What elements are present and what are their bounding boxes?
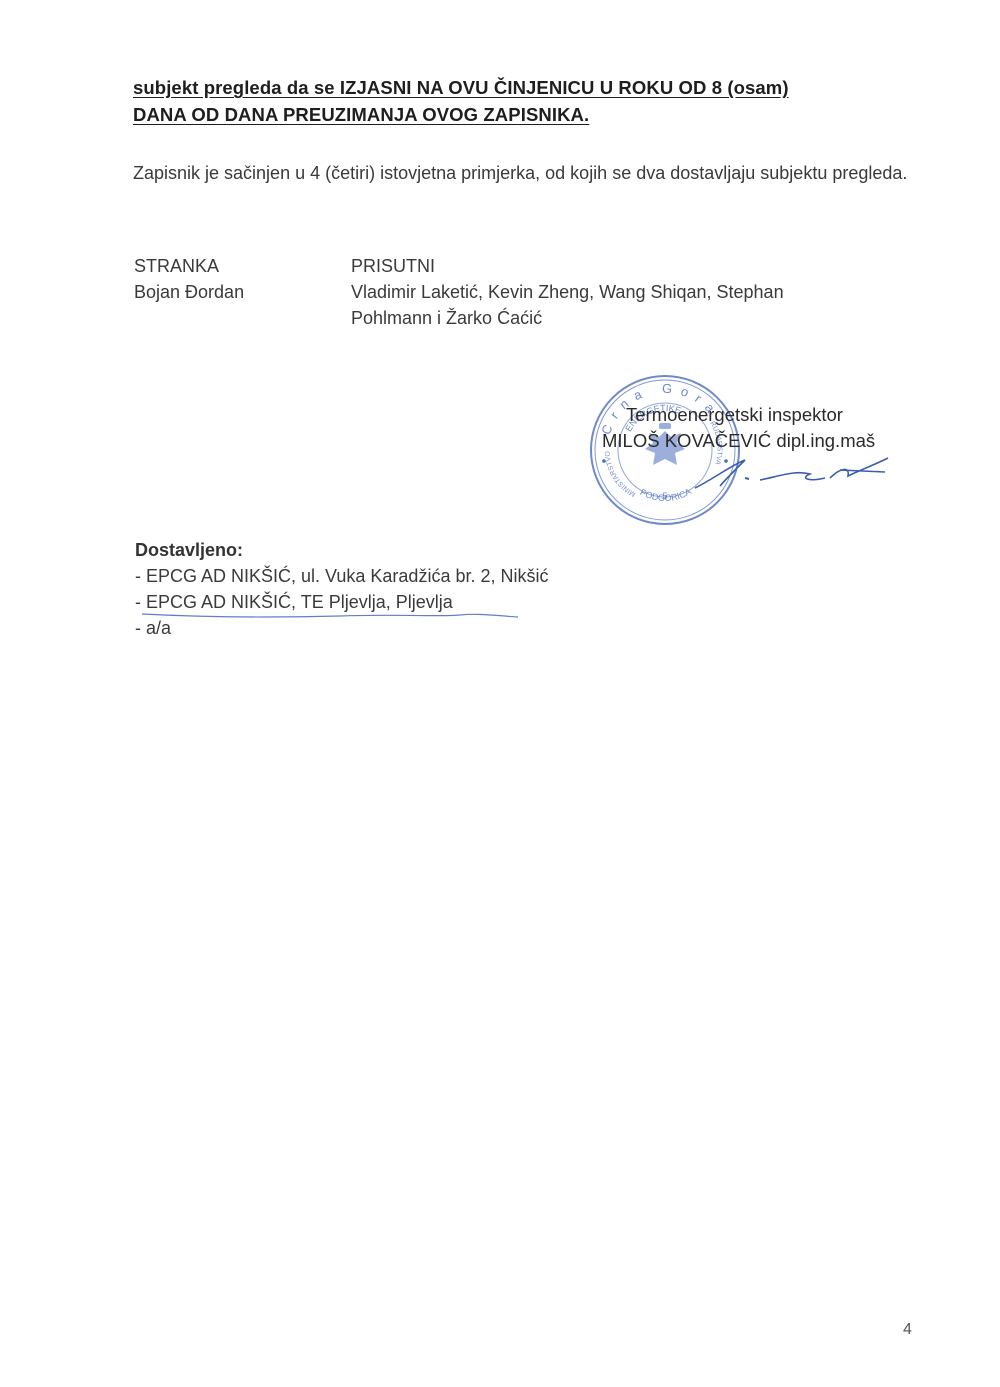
handwritten-signature	[690, 448, 900, 498]
inspector-title: Termoenergetski inspektor	[626, 404, 843, 426]
pen-underline	[140, 608, 520, 620]
notice-line-1: subjekt pregleda da se IZJASNI NA OVU ČI…	[133, 77, 908, 99]
copies-paragraph: Zapisnik je sačinjen u 4 (četiri) istovj…	[133, 160, 908, 187]
delivered-item: - a/a	[135, 618, 171, 639]
present-line-2: Pohlmann i Žarko Ćaćić	[351, 308, 542, 329]
delivered-item: - EPCG AD NIKŠIĆ, ul. Vuka Karadžića br.…	[135, 566, 548, 587]
present-line-1: Vladimir Laketić, Kevin Zheng, Wang Shiq…	[351, 282, 784, 303]
svg-text:MINISTARSTVO: MINISTARSTVO	[604, 450, 637, 497]
notice-line-2: DANA OD DANA PREUZIMANJA OVOG ZAPISNIKA.	[133, 104, 908, 126]
party-name: Bojan Đordan	[134, 282, 244, 303]
present-label: PRISUTNI	[351, 256, 435, 277]
party-label: STRANKA	[134, 256, 219, 277]
delivered-title: Dostavljeno:	[135, 540, 243, 561]
document-page: subjekt pregleda da se IZJASNI NA OVU ČI…	[0, 0, 1000, 1387]
page-number: 4	[903, 1321, 912, 1339]
svg-text:5: 5	[662, 491, 667, 501]
